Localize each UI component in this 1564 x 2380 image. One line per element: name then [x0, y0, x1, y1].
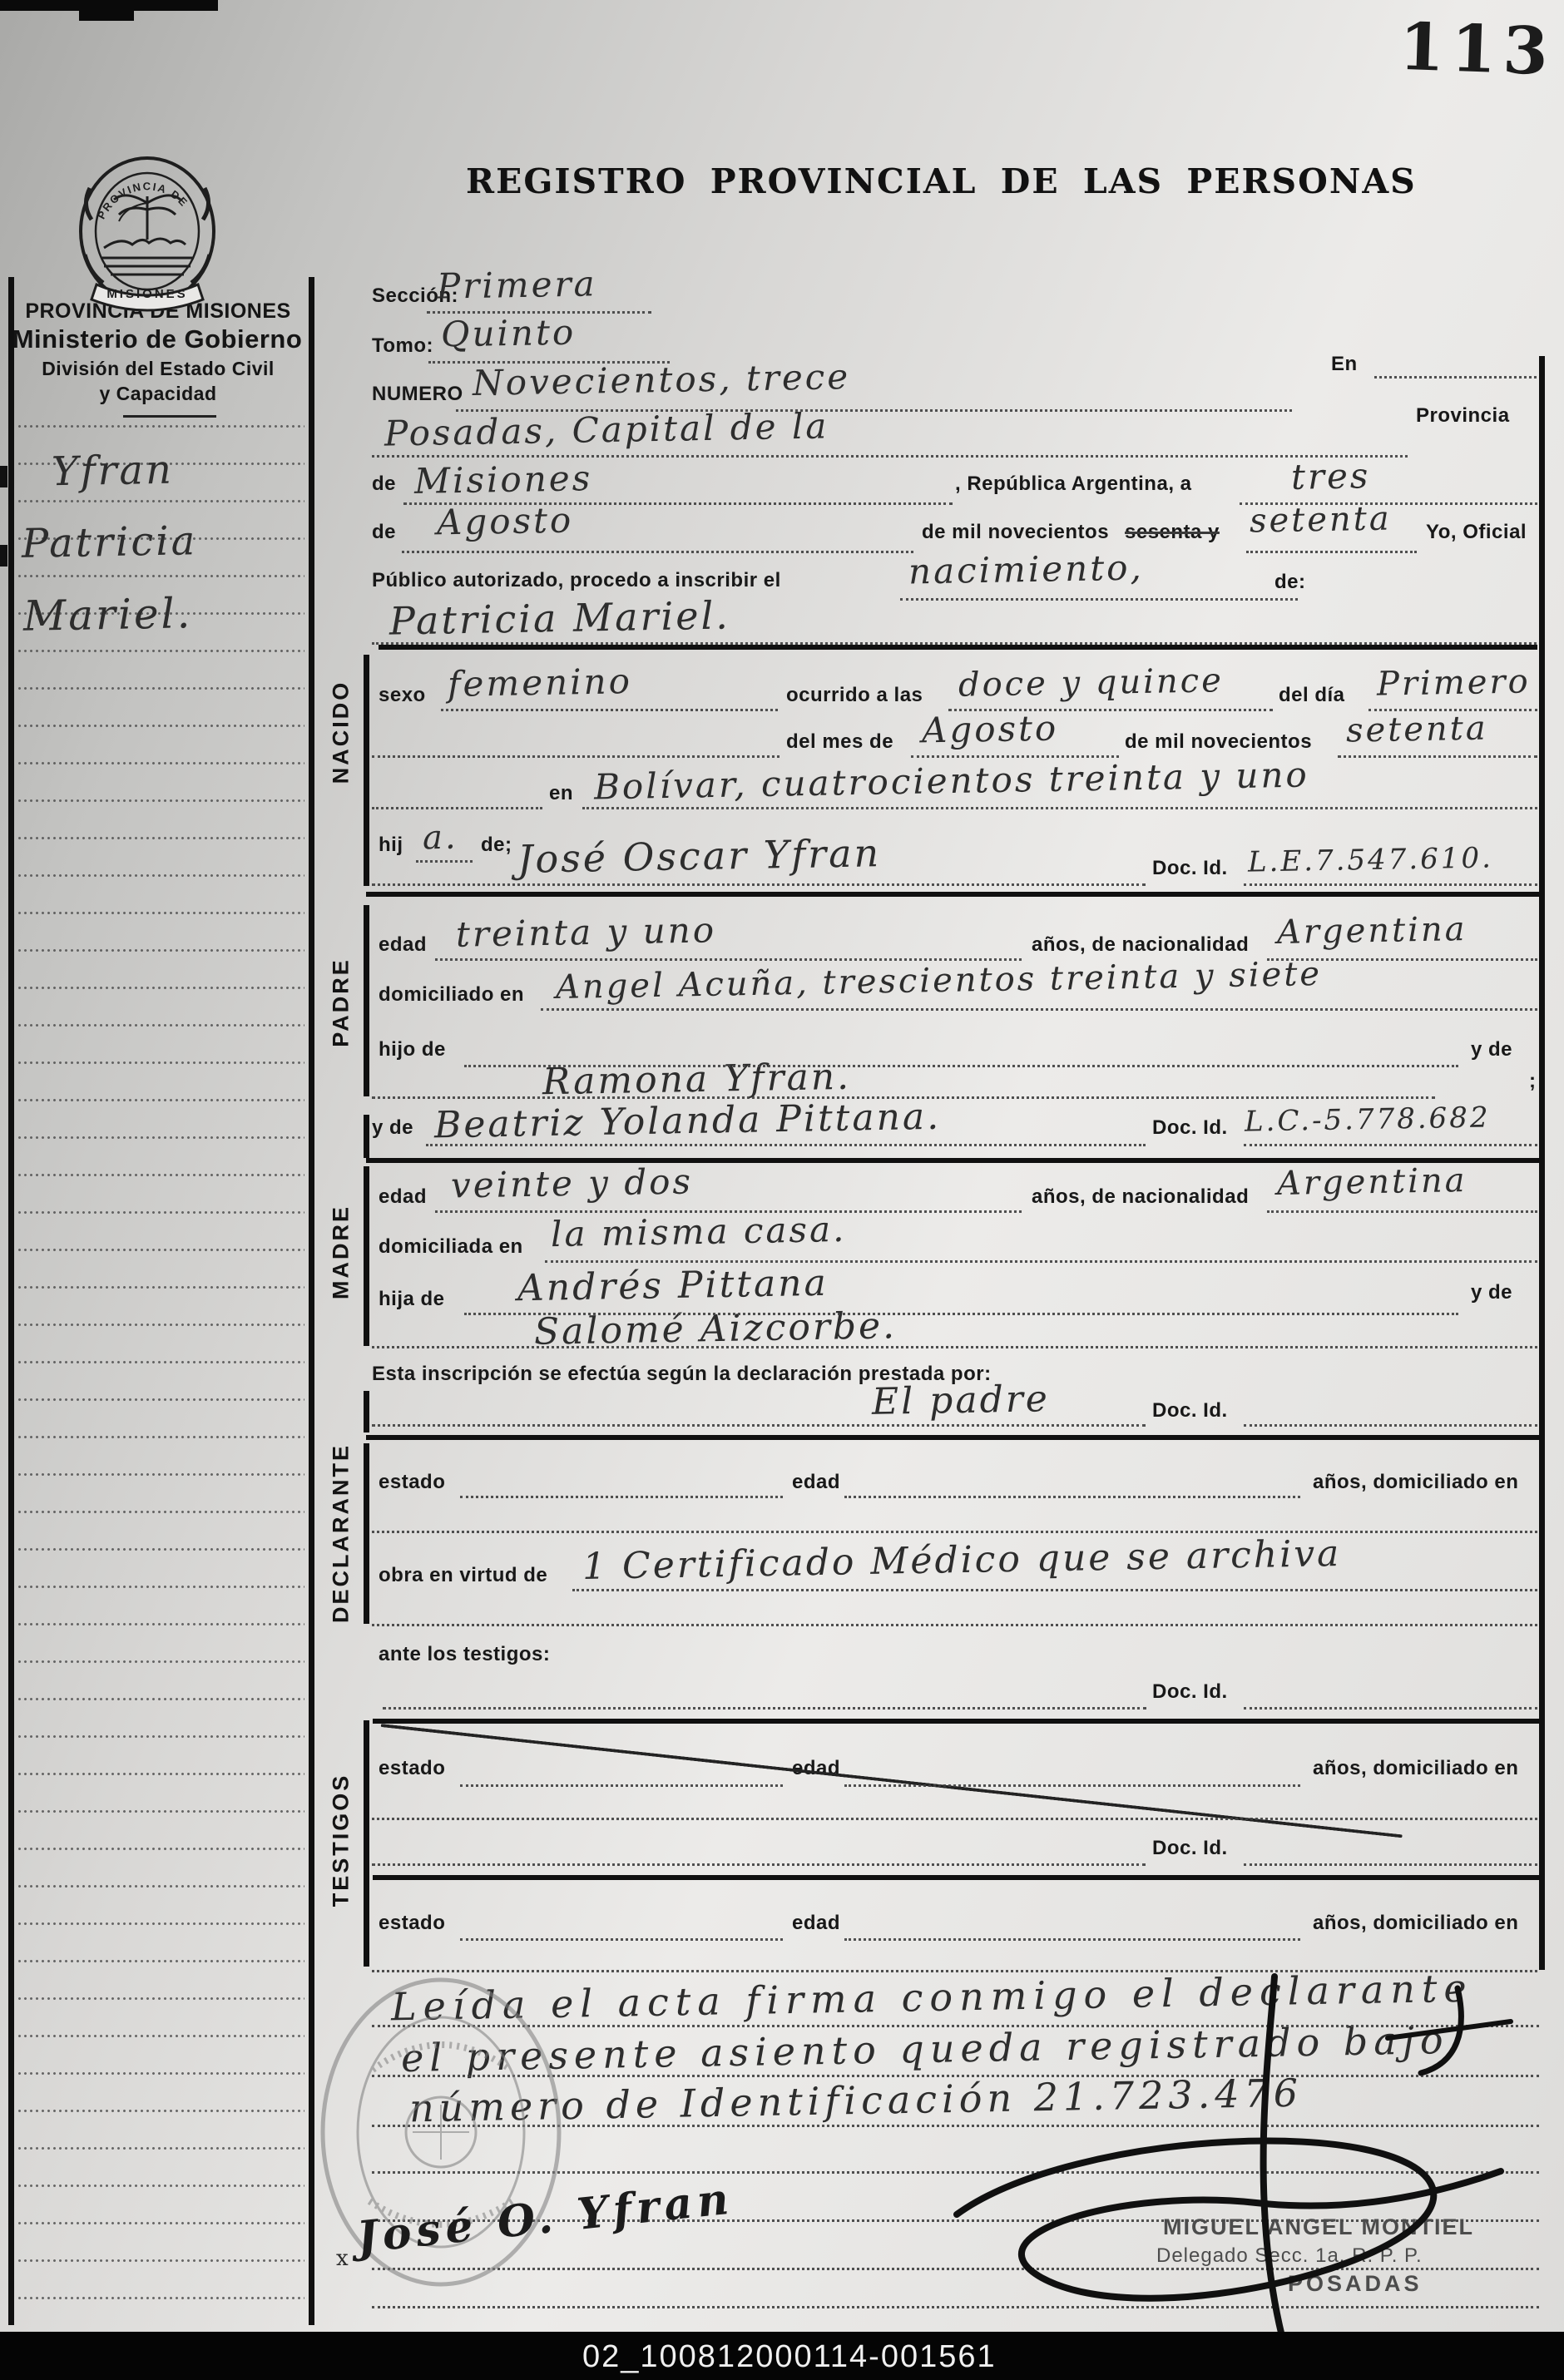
acto-value: nacimiento, [908, 547, 1145, 592]
dotted-rule [1244, 1144, 1537, 1146]
anio-value: setenta [1250, 500, 1392, 541]
blank-strike-line [381, 1724, 1403, 1838]
section-label-padre: PADRE [329, 957, 354, 1047]
sexo-value: femenino [448, 661, 633, 705]
domicilio-declarante-label: años, domiciliado en [1313, 1471, 1518, 1494]
doc-id-testigo2-label: Doc. Id. [1152, 1837, 1228, 1860]
estado-declarante-label: estado [379, 1471, 445, 1494]
dotted-rule [372, 455, 1408, 458]
section-label-nacido: NACIDO [329, 680, 354, 784]
y-de-madre-label: y de [372, 1116, 413, 1140]
provincia-nombre-value: Misiones [414, 458, 593, 502]
section-divider-line [379, 645, 1537, 650]
dotted-rule [1267, 958, 1537, 961]
dotted-rule [372, 755, 780, 758]
doc-id-madre-value: L.C.-5.778.682 [1245, 1101, 1491, 1138]
edad-declarante-label: edad [792, 1471, 840, 1494]
dotted-rule [435, 1210, 1022, 1213]
hij-label: hij [379, 834, 403, 857]
dotted-rule [383, 1707, 1146, 1710]
lugar-nacimiento-value: Bolívar, cuatrocientos treinta y uno [594, 755, 1309, 808]
de2-label: de [372, 521, 396, 544]
dotted-rule [1368, 709, 1537, 711]
dotted-rule [1240, 502, 1537, 505]
dotted-rule [372, 1531, 1537, 1533]
dotted-rule [948, 709, 1273, 711]
margin-surname: Yfran [52, 447, 175, 496]
anio-label-tachado: sesenta y [1125, 521, 1220, 544]
page-title: REGISTRO PROVINCIAL DE LAS PERSONAS [466, 161, 1356, 201]
dotted-rule [464, 1065, 1458, 1067]
dotted-rule [372, 1346, 1537, 1348]
signature-mark: x [336, 2246, 349, 2271]
vertical-border-line [364, 1720, 369, 1967]
dotted-rule [900, 598, 1298, 601]
scan-reference-number: 02_100812000114-001561 [582, 2339, 997, 2375]
dotted-rule [426, 1144, 1146, 1146]
dotted-rule [1374, 376, 1537, 379]
scan-artifact [0, 466, 7, 487]
doc-id-padre-value: L.E.7.547.610. [1248, 841, 1494, 878]
obra-value: 1 Certificado Médico que se archiva [582, 1532, 1342, 1588]
dotted-rule [1244, 1863, 1537, 1866]
anio-nacimiento-label: de mil novecientos [1125, 730, 1312, 754]
sidebar-ruled-lines [17, 412, 304, 2317]
dotted-rule [1246, 551, 1417, 553]
vertical-border-line [364, 1166, 369, 1346]
section-divider-line [366, 1435, 1541, 1440]
nombre-padre-value: José Oscar Yfran [517, 830, 882, 882]
dotted-rule [372, 1424, 1146, 1427]
domicilio-testigo2-label: años, domiciliado en [1313, 1912, 1518, 1935]
republica-label: , República Argentina, a [955, 473, 1192, 496]
hij-genero-value: a. [423, 819, 458, 858]
dotted-rule [1338, 755, 1537, 758]
edad-padre-label: edad [379, 933, 427, 957]
edad-testigo2-label: edad [792, 1912, 840, 1935]
section-label-madre: MADRE [329, 1205, 354, 1299]
seccion-value: Primera [437, 263, 597, 306]
sexo-label: sexo [379, 684, 426, 707]
dotted-rule [460, 1938, 783, 1941]
anio-nacimiento-value: setenta [1346, 710, 1488, 750]
vertical-border-line [364, 1391, 369, 1432]
dia-mes-value: tres [1291, 455, 1371, 497]
edad-padre-value: treinta y uno [456, 909, 717, 954]
lugar-value: Posadas, Capital de la [384, 405, 829, 453]
scan-artifact [0, 545, 7, 567]
declarante-value: El padre [872, 1378, 1051, 1423]
dotted-rule [460, 1784, 783, 1787]
ante-testigos-label: ante los testigos: [379, 1643, 550, 1666]
scan-artifact [79, 0, 134, 21]
dotted-rule [441, 709, 778, 711]
section-divider-line [373, 1875, 1541, 1880]
org-underline [123, 415, 216, 418]
yo-oficial-label: Yo, Oficial [1426, 521, 1527, 544]
nacionalidad-madre-value: Argentina [1277, 1161, 1467, 1203]
org-ministry: Ministerio de Gobierno [5, 324, 309, 354]
domicilio-padre-label: domiciliado en [379, 983, 524, 1007]
dotted-rule [844, 1496, 1300, 1498]
dotted-rule [1244, 1424, 1537, 1427]
section-label-declarante: DECLARANTE [329, 1443, 354, 1623]
dotted-rule [460, 1496, 783, 1498]
margin-firstname: Patricia [22, 517, 198, 567]
del-dia-label: del día [1279, 684, 1345, 707]
y-de-madre2-label: y de [1471, 1281, 1512, 1304]
numero-label: NUMERO [372, 383, 463, 406]
dotted-rule [1244, 883, 1537, 886]
puntoycoma: ; [1529, 1070, 1537, 1093]
edad-madre-value: veinte y dos [451, 1160, 694, 1205]
dotted-rule [403, 502, 953, 505]
tomo-label: Tomo: [372, 334, 433, 358]
y-de-padre-label: y de [1471, 1038, 1512, 1061]
nacionalidad-padre-value: Argentina [1277, 910, 1467, 952]
domicilio-madre-label: domiciliada en [379, 1235, 523, 1259]
provincia-label: Provincia [1416, 404, 1510, 428]
dotted-rule [541, 1008, 1537, 1011]
domicilio-padre-value: Angel Acuña, trescientos treinta y siete [556, 955, 1323, 1007]
page-number: 113 [1398, 9, 1556, 90]
dotted-rule [582, 807, 1537, 809]
org-division-line1: División del Estado Civil [12, 358, 304, 380]
hija-de-label: hija de [379, 1288, 445, 1311]
ocurrido-label: ocurrido a las [786, 684, 923, 707]
en-label: En [1331, 353, 1358, 376]
dotted-rule [844, 1784, 1300, 1787]
publico-label: Público autorizado, procedo a inscribir … [372, 569, 781, 592]
dotted-rule [464, 1313, 1458, 1315]
vertical-border-line [1539, 356, 1545, 1970]
dotted-rule [435, 958, 1022, 961]
domicilio-testigo1-label: años, domiciliado en [1313, 1757, 1518, 1780]
vertical-border-line [364, 1443, 369, 1624]
section-divider-line [366, 892, 1541, 897]
nombre-madre-value: Beatriz Yolanda Pittana. [434, 1096, 942, 1147]
dotted-rule [416, 860, 473, 863]
del-mes-label: del mes de [786, 730, 893, 754]
dotted-rule [427, 311, 651, 314]
tomo-value: Quinto [441, 312, 577, 355]
dotted-rule [372, 1096, 1435, 1099]
vertical-border-line [309, 277, 314, 2325]
margin-middlename: Mariel. [23, 589, 193, 641]
vertical-border-line [364, 1115, 369, 1158]
de-label: de [372, 473, 396, 496]
obra-label: obra en virtud de [379, 1564, 547, 1587]
doc-id-testigo1-label: Doc. Id. [1152, 1680, 1228, 1704]
domicilio-madre-value: la misma casa. [551, 1209, 847, 1254]
nacionalidad-padre-label: años, de nacionalidad [1032, 933, 1249, 957]
estado-testigo2-label: estado [379, 1912, 445, 1935]
emblem-bottom-text: MISIONES [106, 287, 187, 301]
section-label-testigos: TESTIGOS [329, 1774, 354, 1907]
dotted-rule [428, 361, 670, 364]
doc-id-madre-label: Doc. Id. [1152, 1116, 1228, 1140]
dotted-rule [372, 1624, 1537, 1626]
hora-value: doce y quince [958, 661, 1225, 705]
hij-de-label: de; [481, 834, 512, 857]
dotted-rule [372, 1818, 1537, 1820]
hijo-de-label: hijo de [379, 1038, 446, 1061]
en-lugar-label: en [549, 782, 573, 805]
dotted-rule [572, 1589, 1537, 1591]
dotted-rule [372, 1863, 1146, 1866]
abuelo-materno-value: Andrés Pittana [517, 1262, 829, 1310]
section-divider-line [366, 1158, 1541, 1163]
dia-value: Primero [1377, 662, 1531, 703]
edad-madre-label: edad [379, 1185, 427, 1209]
mes-nacimiento-value: Agosto [922, 708, 1059, 751]
vertical-border-line [364, 655, 369, 886]
dotted-rule [545, 1260, 1537, 1263]
vertical-border-line [8, 277, 14, 2325]
dotted-rule [372, 807, 542, 809]
anio-label-1: de mil novecientos [922, 521, 1109, 544]
official-signature-icon [898, 1938, 1564, 2371]
de-final-label: de: [1274, 571, 1306, 594]
estado-testigo1-label: estado [379, 1757, 445, 1780]
doc-id-padre-label: Doc. Id. [1152, 857, 1228, 880]
dotted-rule [1267, 1210, 1537, 1213]
dotted-rule [911, 755, 1119, 758]
section-divider-line [373, 1719, 1541, 1724]
vertical-border-line [364, 905, 369, 1096]
dotted-rule [1244, 1707, 1537, 1710]
scanned-birth-record-page: 113 REGISTRO PROVINCIAL DE LAS PERSONAS … [0, 0, 1564, 2380]
nacionalidad-madre-label: años, de nacionalidad [1032, 1185, 1249, 1209]
org-division-line2: y Capacidad [12, 383, 304, 405]
provincia-misiones-seal-icon: PROVINCIA DE MISIONES [73, 155, 221, 314]
dotted-rule [456, 409, 1292, 412]
doc-id-declarante-label: Doc. Id. [1152, 1399, 1228, 1423]
mes-value: Agosto [437, 500, 574, 543]
dotted-rule [372, 883, 1146, 886]
inscripto-value: Patricia Mariel. [389, 592, 731, 643]
dotted-rule [402, 551, 913, 553]
